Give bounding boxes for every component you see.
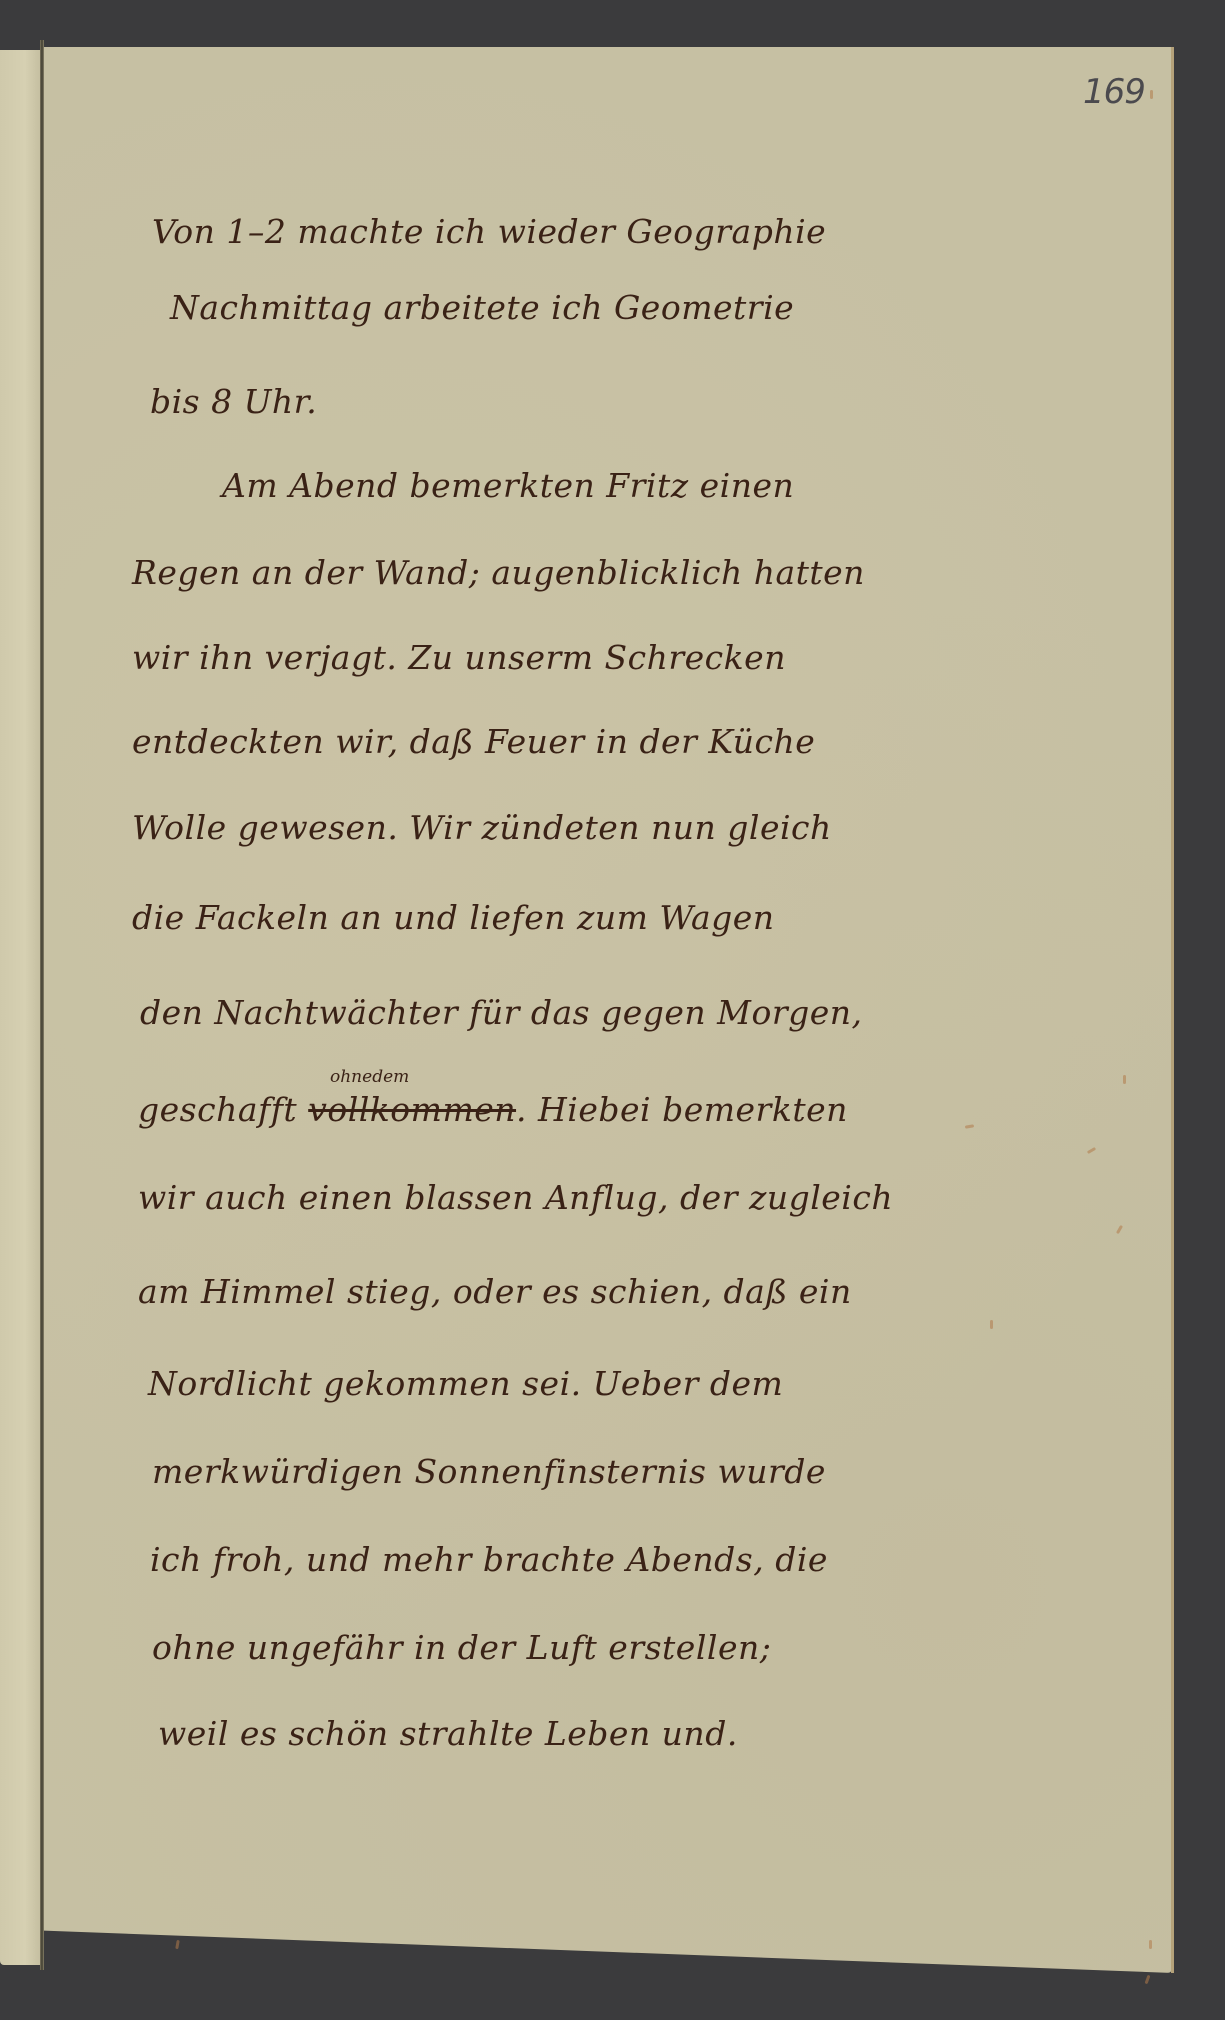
binding-gutter [40, 40, 44, 1970]
manuscript-line-14: Nordlicht gekommen sei. Ueber dem [148, 1364, 783, 1403]
manuscript-line-7: entdeckten wir, daß Feuer in der Küche [132, 722, 815, 761]
manuscript-line-13: am Himmel stieg, oder es schien, daß ein [138, 1272, 852, 1311]
previous-page-edge [0, 50, 42, 1965]
manuscript-line-5: Regen an der Wand; augenblicklich hatten [132, 553, 865, 592]
interlinear-insertion: ohnedem [330, 1067, 409, 1087]
manuscript-line-15: merkwürdigen Sonnenfinsternis wurde [152, 1452, 826, 1491]
manuscript-line-11: geschafft vollkommen. Hiebei bemerkten [138, 1090, 848, 1129]
manuscript-line-2: Nachmittag arbeitete ich Geometrie [170, 288, 794, 327]
page-edge [1171, 47, 1174, 1973]
manuscript-line-16: ich froh, und mehr brachte Abends, die [150, 1540, 828, 1579]
manuscript-line-1: Von 1–2 machte ich wieder Geographie [152, 212, 826, 251]
paper-fleck [990, 1320, 993, 1329]
struck-out-word: vollkommen [308, 1090, 516, 1129]
paper-fleck [1150, 90, 1153, 99]
manuscript-line-17: ohne ungefähr in der Luft erstellen; [152, 1628, 771, 1667]
manuscript-line-18: weil es schön strahlte Leben und. [158, 1714, 738, 1753]
line-11-after: . Hiebei bemerkten [516, 1090, 848, 1129]
folio-number: 169 [1083, 72, 1145, 112]
line-11-before: geschafft [138, 1090, 297, 1129]
manuscript-line-3: bis 8 Uhr. [150, 382, 317, 421]
paper-fleck [1145, 1975, 1151, 1984]
paper-fleck [1149, 1940, 1152, 1949]
manuscript-line-8: Wolle gewesen. Wir zündeten nun gleich [132, 808, 832, 847]
paper-fleck [175, 1940, 180, 1949]
manuscript-line-6: wir ihn verjagt. Zu unserm Schrecken [132, 638, 786, 677]
paper-fleck [1123, 1075, 1126, 1084]
manuscript-line-9: die Fackeln an und liefen zum Wagen [132, 898, 775, 937]
manuscript-line-4: Am Abend bemerkten Fritz einen [222, 466, 794, 505]
manuscript-line-12: wir auch einen blassen Anflug, der zugle… [138, 1178, 893, 1217]
manuscript-line-10: den Nachtwächter für das gegen Morgen, [140, 993, 863, 1032]
